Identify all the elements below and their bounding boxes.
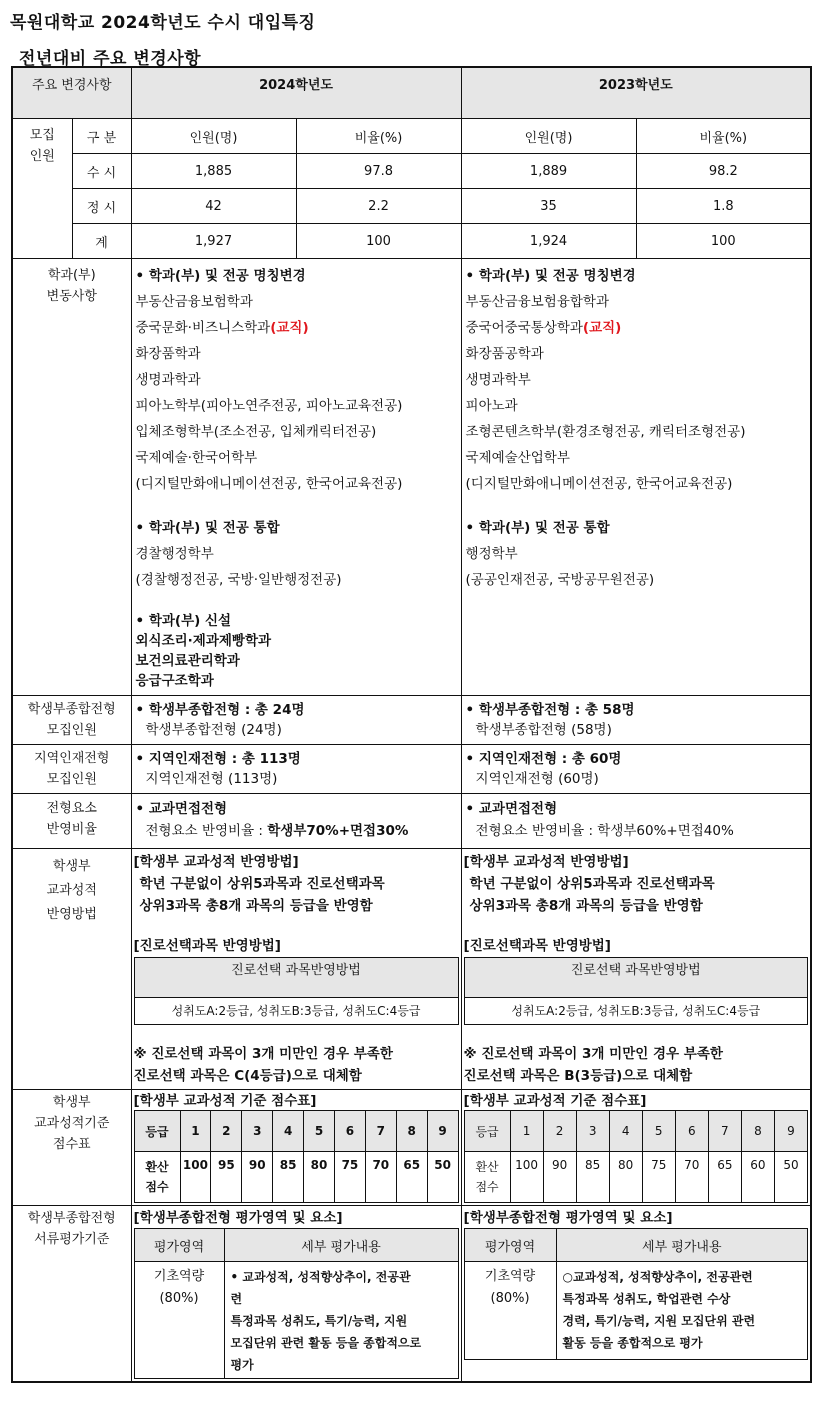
- rename-heading: • 학과(부) 및 전공 명칭변경: [466, 263, 807, 289]
- score-table-label: 학생부교과성적기준점수표: [12, 1090, 131, 1206]
- career-heading: [진로선택과목 반영방법]: [134, 935, 459, 957]
- grade-method-label: 학생부교과성적반영방법: [12, 849, 131, 1090]
- grade-method-heading: [학생부 교과성적 반영방법]: [464, 851, 809, 873]
- regional-detail: 지역인재전형 (113명): [136, 769, 457, 789]
- note-line: 진로선택 과목은 C(4등급)으로 대체함: [134, 1065, 459, 1087]
- ratio-heading: • 교과면접전형: [136, 798, 457, 820]
- doc-eval-row: 학생부종합전형서류평가기준 [학생부종합전형 평가영역 및 요소] 평가영역 세…: [12, 1206, 811, 1383]
- list-item: 보건의료관리학과: [136, 651, 457, 671]
- grade-cell: 5: [304, 1111, 335, 1152]
- comprehensive-heading: • 학생부종합전형 : 총 24명: [136, 700, 457, 720]
- score-cell: 65: [708, 1152, 741, 1203]
- comprehensive-row: 학생부종합전형모집인원 • 학생부종합전형 : 총 24명 학생부종합전형 (2…: [12, 696, 811, 745]
- col-type: 구 분: [72, 119, 131, 154]
- grade-cell: 5: [642, 1111, 675, 1152]
- grade-cell: 1: [180, 1111, 211, 1152]
- note-line: ※ 진로선택 과목이 3개 미만인 경우 부족한: [134, 1043, 459, 1065]
- ratio-detail: 전형요소 반영비율 : 학생부60%+면접40%: [466, 820, 807, 842]
- teaching-tag: (교직): [270, 320, 308, 336]
- col-count-2023: 인원(명): [461, 119, 636, 154]
- eval-col-area: 평가영역: [464, 1229, 556, 1262]
- count-2024: 1,927: [131, 224, 296, 259]
- doc-eval-2023: [학생부종합전형 평가영역 및 요소] 평가영역 세부 평가내용 기초역량(80…: [461, 1206, 811, 1383]
- grade-cell: 3: [576, 1111, 609, 1152]
- comprehensive-detail: 학생부종합전형 (58명): [466, 720, 807, 740]
- list-item: 부동산금융보험융합학과: [466, 289, 807, 315]
- list-item: 중국어중국통상학과(교직): [466, 315, 807, 341]
- list-item: 경찰행정학부: [136, 541, 457, 567]
- score-table-2024: [학생부 교과성적 기준 점수표] 등급 1 2 3 4 5 6 7 8 9: [131, 1090, 461, 1206]
- grade-cell: 9: [774, 1111, 807, 1152]
- grade-method-2023: [학생부 교과성적 반영방법] 학년 구분없이 상위5과목과 진로선택과목 상위…: [461, 849, 811, 1090]
- eval-col-detail: 세부 평가내용: [556, 1229, 808, 1262]
- count-2024: 1,885: [131, 154, 296, 189]
- header-2024: 2024학년도: [131, 67, 461, 119]
- career-table-value: 성취도A:2등급, 성취도B:3등급, 성취도C:4등급: [134, 998, 458, 1025]
- score-cell: 100: [510, 1152, 543, 1203]
- count-2024: 42: [131, 189, 296, 224]
- grade-cell: 7: [708, 1111, 741, 1152]
- grade-method-desc: 상위3과목 총8개 과목의 등급을 반영함: [464, 895, 809, 917]
- grade-cell: 9: [427, 1111, 458, 1152]
- ratio-2024: 2.2: [296, 189, 461, 224]
- list-item: 생명과학과: [136, 367, 457, 393]
- ratio-2023: • 교과면접전형 전형요소 반영비율 : 학생부60%+면접40%: [461, 794, 811, 849]
- grade-method-desc: 상위3과목 총8개 과목의 등급을 반영함: [134, 895, 459, 917]
- eval-col-detail: 세부 평가내용: [224, 1229, 458, 1262]
- count-2023: 1,924: [461, 224, 636, 259]
- ratio-row: 전형요소반영비율 • 교과면접전형 전형요소 반영비율 : 학생부70%+면접3…: [12, 794, 811, 849]
- career-method-table: 진로선택 과목반영방법 성취도A:2등급, 성취도B:3등급, 성취도C:4등급: [134, 957, 459, 1025]
- list-item: 국제예술산업학부: [466, 445, 807, 471]
- score-cell: 85: [576, 1152, 609, 1203]
- list-item: 조형콘텐츠학부(환경조형전공, 캐릭터조형전공): [466, 419, 807, 445]
- doc-eval-label: 학생부종합전형서류평가기준: [12, 1206, 131, 1383]
- score-cell: 70: [365, 1152, 396, 1203]
- score-cell: 70: [675, 1152, 708, 1203]
- score-cell: 100: [180, 1152, 211, 1203]
- list-item: (디지털만화애니메이션전공, 한국어교육전공): [136, 471, 457, 497]
- regional-label: 지역인재전형모집인원: [12, 745, 131, 794]
- regional-detail: 지역인재전형 (60명): [466, 769, 807, 789]
- eval-detail: ○교과성적, 성적향상추이, 전공관련 특정과목 성취도, 학업관련 수상 경력…: [556, 1262, 808, 1360]
- list-item: 화장품학과: [136, 341, 457, 367]
- header-2023: 2023학년도: [461, 67, 811, 119]
- ratio-heading: • 교과면접전형: [466, 798, 807, 820]
- regional-heading: • 지역인재전형 : 총 60명: [466, 749, 807, 769]
- table-row: 계 1,927 100 1,924 100: [12, 224, 811, 259]
- regional-row: 지역인재전형모집인원 • 지역인재전형 : 총 113명 지역인재전형 (113…: [12, 745, 811, 794]
- score-table-heading: [학생부 교과성적 기준 점수표]: [464, 1092, 809, 1110]
- list-item: 중국문화·비즈니스학과(교직): [136, 315, 457, 341]
- ratio-2024: • 교과면접전형 전형요소 반영비율 : 학생부70%+면접30%: [131, 794, 461, 849]
- ratio-detail: 전형요소 반영비율 : 학생부70%+면접30%: [136, 820, 457, 842]
- ratio-2023: 1.8: [636, 189, 811, 224]
- list-item: (디지털만화애니메이션전공, 한국어교육전공): [466, 471, 807, 497]
- grade-row: 등급 1 2 3 4 5 6 7 8 9: [134, 1111, 458, 1152]
- grade-cell: 1: [510, 1111, 543, 1152]
- score-cell: 50: [774, 1152, 807, 1203]
- grade-cell: 8: [396, 1111, 427, 1152]
- ratio-label: 전형요소반영비율: [12, 794, 131, 849]
- grade-method-2024: [학생부 교과성적 반영방법] 학년 구분없이 상위5과목과 진로선택과목 상위…: [131, 849, 461, 1090]
- list-item: (경찰행정전공, 국방·일반행정전공): [136, 567, 457, 593]
- grade-row: 등급 1 2 3 4 5 6 7 8 9: [464, 1111, 808, 1152]
- eval-detail: • 교과성적, 성적향상추이, 전공관 련 특정과목 성취도, 특기/능력, 지…: [224, 1262, 458, 1379]
- doc-eval-heading: [학생부종합전형 평가영역 및 요소]: [134, 1208, 459, 1228]
- grade-score-table: 등급 1 2 3 4 5 6 7 8 9 환산점수 100 95: [134, 1110, 459, 1203]
- doc-eval-heading: [학생부종합전형 평가영역 및 요소]: [464, 1208, 809, 1228]
- ratio-2024: 97.8: [296, 154, 461, 189]
- score-table-2023: [학생부 교과성적 기준 점수표] 등급 1 2 3 4 5 6 7 8 9: [461, 1090, 811, 1206]
- regional-2023: • 지역인재전형 : 총 60명 지역인재전형 (60명): [461, 745, 811, 794]
- score-cell: 75: [334, 1152, 365, 1203]
- grade-method-heading: [학생부 교과성적 반영방법]: [134, 851, 459, 873]
- grade-method-desc: 학년 구분없이 상위5과목과 진로선택과목: [134, 873, 459, 895]
- grade-cell: 2: [211, 1111, 242, 1152]
- eval-col-area: 평가영역: [134, 1229, 224, 1262]
- table-row: 수 시 1,885 97.8 1,889 98.2: [12, 154, 811, 189]
- row-type: 정 시: [72, 189, 131, 224]
- list-item: 응급구조학과: [136, 671, 457, 691]
- grade-cell: 6: [675, 1111, 708, 1152]
- grade-cell: 4: [609, 1111, 642, 1152]
- score-cell: 95: [211, 1152, 242, 1203]
- note-line: ※ 진로선택 과목이 3개 미만인 경우 부족한: [464, 1043, 809, 1065]
- grade-cell: 7: [365, 1111, 396, 1152]
- score-cell: 65: [396, 1152, 427, 1203]
- regional-2024: • 지역인재전형 : 총 113명 지역인재전형 (113명): [131, 745, 461, 794]
- score-cell: 80: [304, 1152, 335, 1203]
- score-cell: 60: [741, 1152, 774, 1203]
- col-ratio-2023: 비율(%): [636, 119, 811, 154]
- recruitment-header-row: 모집인원 구 분 인원(명) 비율(%) 인원(명) 비율(%): [12, 119, 811, 154]
- score-cell: 50: [427, 1152, 458, 1203]
- list-item: 피아노과: [466, 393, 807, 419]
- comparison-table: 주요 변경사항 2024학년도 2023학년도 모집인원 구 분 인원(명) 비…: [11, 66, 812, 1383]
- list-item: 화장품공학과: [466, 341, 807, 367]
- dept-changes-row: 학과(부)변동사항 • 학과(부) 및 전공 명칭변경 부동산금융보험학과 중국…: [12, 259, 811, 696]
- score-cell: 85: [273, 1152, 304, 1203]
- career-method-table: 진로선택 과목반영방법 성취도A:2등급, 성취도B:3등급, 성취도C:4등급: [464, 957, 809, 1025]
- regional-heading: • 지역인재전형 : 총 113명: [136, 749, 457, 769]
- ratio-2023: 98.2: [636, 154, 811, 189]
- dept-changes-label: 학과(부)변동사항: [12, 259, 131, 696]
- col-ratio-2024: 비율(%): [296, 119, 461, 154]
- eval-area: 기초역량(80%): [134, 1262, 224, 1379]
- grade-score-table: 등급 1 2 3 4 5 6 7 8 9 환산점수 100 90: [464, 1110, 809, 1203]
- count-2023: 1,889: [461, 154, 636, 189]
- dept-changes-2023: • 학과(부) 및 전공 명칭변경 부동산금융보험융합학과 중국어중국통상학과(…: [461, 259, 811, 696]
- score-row: 환산점수 100 90 85 80 75 70 65 60 50: [464, 1152, 808, 1203]
- score-table-heading: [학생부 교과성적 기준 점수표]: [134, 1092, 459, 1110]
- eval-area: 기초역량(80%): [464, 1262, 556, 1360]
- grade-label: 등급: [134, 1111, 180, 1152]
- career-table-header: 진로선택 과목반영방법: [464, 958, 808, 998]
- row-type: 수 시: [72, 154, 131, 189]
- score-cell: 90: [543, 1152, 576, 1203]
- score-label: 환산점수: [464, 1152, 510, 1203]
- rename-heading: • 학과(부) 및 전공 명칭변경: [136, 263, 457, 289]
- comprehensive-2023: • 학생부종합전형 : 총 58명 학생부종합전형 (58명): [461, 696, 811, 745]
- grade-label: 등급: [464, 1111, 510, 1152]
- comprehensive-detail: 학생부종합전형 (24명): [136, 720, 457, 740]
- header-row: 주요 변경사항 2024학년도 2023학년도: [12, 67, 811, 119]
- list-item: 행정학부: [466, 541, 807, 567]
- note-line: 진로선택 과목은 B(3등급)으로 대체함: [464, 1065, 809, 1087]
- list-item: (공공인재전공, 국방공무원전공): [466, 567, 807, 593]
- comprehensive-label: 학생부종합전형모집인원: [12, 696, 131, 745]
- merge-heading: • 학과(부) 및 전공 통합: [466, 515, 807, 541]
- grade-cell: 6: [334, 1111, 365, 1152]
- table-row: 정 시 42 2.2 35 1.8: [12, 189, 811, 224]
- ratio-2024: 100: [296, 224, 461, 259]
- score-table-row: 학생부교과성적기준점수표 [학생부 교과성적 기준 점수표] 등급 1 2 3 …: [12, 1090, 811, 1206]
- grade-method-desc: 학년 구분없이 상위5과목과 진로선택과목: [464, 873, 809, 895]
- list-item: 부동산금융보험학과: [136, 289, 457, 315]
- teaching-tag: (교직): [583, 320, 621, 336]
- dept-changes-2024: • 학과(부) 및 전공 명칭변경 부동산금융보험학과 중국문화·비즈니스학과(…: [131, 259, 461, 696]
- grade-cell: 8: [741, 1111, 774, 1152]
- eval-table: 평가영역 세부 평가내용 기초역량(80%) ○교과성적, 성적향상추이, 전공…: [464, 1228, 809, 1360]
- header-label: 주요 변경사항: [12, 67, 131, 119]
- ratio-2023: 100: [636, 224, 811, 259]
- score-cell: 80: [609, 1152, 642, 1203]
- list-item: 피아노학부(피아노연주전공, 피아노교육전공): [136, 393, 457, 419]
- grade-cell: 4: [273, 1111, 304, 1152]
- recruitment-label: 모집인원: [12, 119, 72, 259]
- doc-eval-2024: [학생부종합전형 평가영역 및 요소] 평가영역 세부 평가내용 기초역량(80…: [131, 1206, 461, 1383]
- career-table-value: 성취도A:2등급, 성취도B:3등급, 성취도C:4등급: [464, 998, 808, 1025]
- new-heading: • 학과(부) 신설: [136, 611, 457, 631]
- career-heading: [진로선택과목 반영방법]: [464, 935, 809, 957]
- score-cell: 90: [242, 1152, 273, 1203]
- list-item: 생명과학부: [466, 367, 807, 393]
- list-item: 입체조형학부(조소전공, 입체캐릭터전공): [136, 419, 457, 445]
- document-title: 목원대학교 2024학년도 수시 대입특징: [10, 8, 315, 33]
- score-row: 환산점수 100 95 90 85 80 75 70 65 50: [134, 1152, 458, 1203]
- score-label: 환산점수: [134, 1152, 180, 1203]
- career-table-header: 진로선택 과목반영방법: [134, 958, 458, 998]
- comprehensive-heading: • 학생부종합전형 : 총 58명: [466, 700, 807, 720]
- list-item: 국제예술·한국어학부: [136, 445, 457, 471]
- score-cell: 75: [642, 1152, 675, 1203]
- comprehensive-2024: • 학생부종합전형 : 총 24명 학생부종합전형 (24명): [131, 696, 461, 745]
- eval-table: 평가영역 세부 평가내용 기초역량(80%) • 교과성적, 성적향상추이, 전…: [134, 1228, 459, 1379]
- grade-method-row: 학생부교과성적반영방법 [학생부 교과성적 반영방법] 학년 구분없이 상위5과…: [12, 849, 811, 1090]
- row-type: 계: [72, 224, 131, 259]
- count-2023: 35: [461, 189, 636, 224]
- grade-cell: 2: [543, 1111, 576, 1152]
- merge-heading: • 학과(부) 및 전공 통합: [136, 515, 457, 541]
- list-item: 외식조리·제과제빵학과: [136, 631, 457, 651]
- grade-cell: 3: [242, 1111, 273, 1152]
- col-count-2024: 인원(명): [131, 119, 296, 154]
